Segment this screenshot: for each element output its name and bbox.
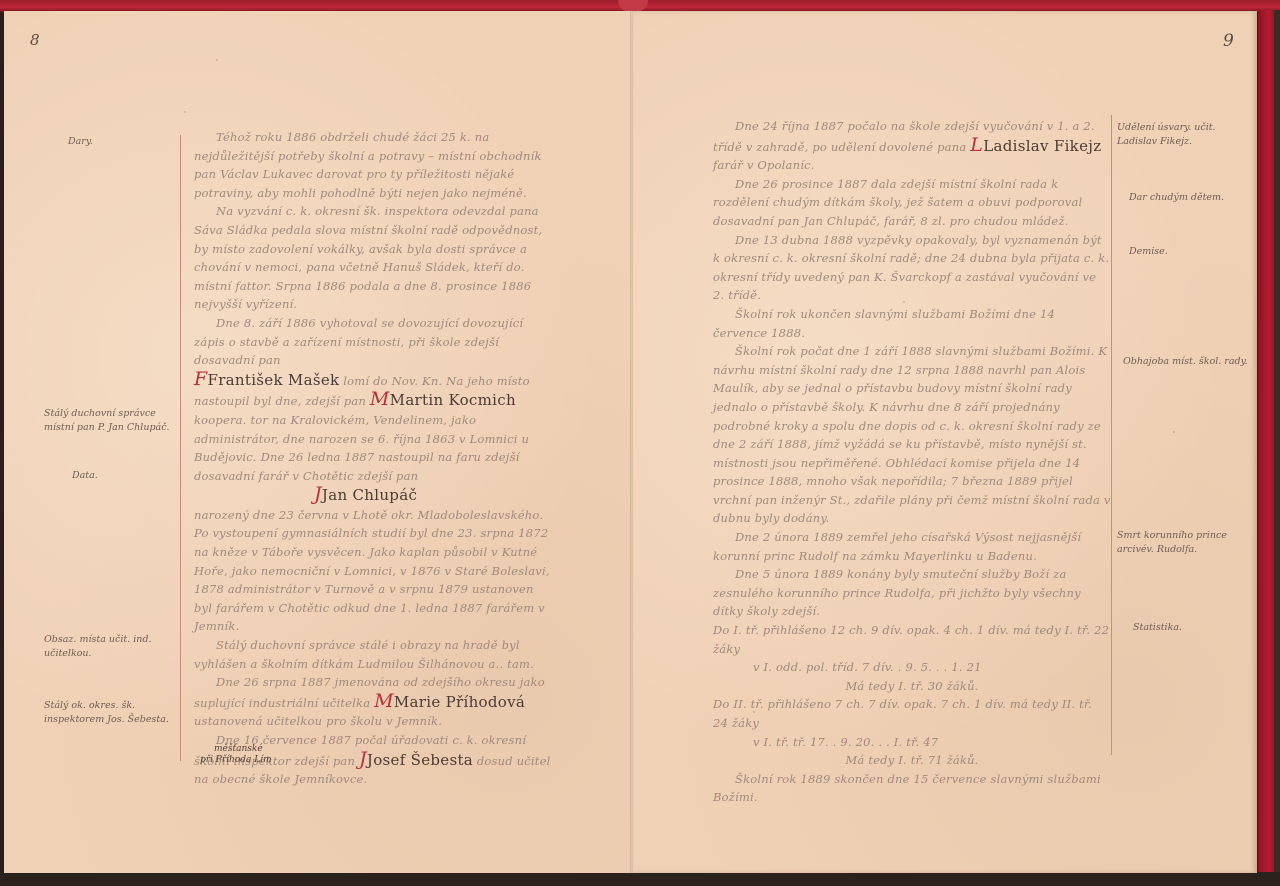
statistics-line: v I. tř. tř. 17. . 9. 20. . . I. tř. 47 <box>713 733 1111 752</box>
margin-note: Obsaz. místa učit. ind. učitelkou. <box>44 633 184 661</box>
chronicle-text-left: Téhož roku 1886 obdrželi chudé žáci 25 k… <box>194 128 554 789</box>
paragraph: Dne 2 února 1889 zemřel jeho císařská Vý… <box>713 528 1111 565</box>
paragraph: FFrantišek Mašek lomí do Nov. Kn. Na jeh… <box>194 370 554 411</box>
paragraph: JJan Chlupáč <box>194 485 554 506</box>
paragraph: Dne 26 srpna 1887 jmenována od zdejšího … <box>194 673 554 731</box>
margin-note: Dary. <box>68 135 208 149</box>
margin-note: Statistika. <box>1133 621 1263 635</box>
margin-rule-line <box>1111 115 1112 755</box>
margin-note: Demise. <box>1129 245 1259 259</box>
paragraph: Dne 13 dubna 1888 vyzpěvky opakovaly, by… <box>713 231 1111 305</box>
red-ink-name: FFrantišek Mašek <box>194 371 339 389</box>
red-ink-name: MMartin Kocmich <box>370 391 516 409</box>
statistics-line: Do II. tř. přihlášeno 7 ch. 7 dív. opak.… <box>713 695 1111 732</box>
margin-note: Stálý ok. okres. šk. inspektorem Jos. Še… <box>44 699 184 727</box>
margin-note: Data. <box>72 469 212 483</box>
margin-note: Smrt korunního prince arcivév. Rudolfa. <box>1117 529 1247 557</box>
paragraph: Stálý duchovní správce stálé i obrazy na… <box>194 636 554 673</box>
page-number-left: 8 <box>30 31 40 49</box>
paragraph: Na vyzvání c. k. okresní šk. inspektora … <box>194 202 554 314</box>
margin-note: Obhajoba míst. škol. rady. <box>1123 355 1253 369</box>
statistics-line: Do I. tř. přihlášeno 12 ch. 9 dív. opak.… <box>713 621 1111 658</box>
paragraph: koopera. tor na Kralovickém, Vendelinem,… <box>194 411 554 485</box>
margin-note: Dar chudým dětem. <box>1129 191 1259 205</box>
chronicle-text-right: Dne 24 října 1887 počalo na škole zdejší… <box>713 117 1111 807</box>
statistics-total: Má tedy I. tř. 30 žáků. <box>713 677 1111 696</box>
paragraph: Dne 5 února 1889 konány byly smuteční sl… <box>713 565 1111 621</box>
paragraph: Školní rok ukončen slavnými službami Bož… <box>713 305 1111 342</box>
paragraph: Téhož roku 1886 obdrželi chudé žáci 25 k… <box>194 128 554 202</box>
margin-note: Udělení úsvary. učit. Ladislav Fikejz. <box>1117 121 1247 149</box>
paragraph: Školní rok 1889 skončen dne 15 července … <box>713 770 1111 807</box>
red-ink-name: MMarie Příhodová <box>374 693 525 711</box>
paragraph: Školní rok počat dne 1 září 1888 slavným… <box>713 342 1111 528</box>
red-ink-name: JJan Chlupáč <box>314 486 417 504</box>
statistics-total: Má tedy I. tř. 71 žáků. <box>713 751 1111 770</box>
book-cover-bottom-edge <box>0 872 1280 886</box>
paragraph: Dne 8. září 1886 vyhotoval se dovozující… <box>194 314 554 370</box>
page-number-right: 9 <box>1223 31 1234 51</box>
paragraph: Dne 24 října 1887 počalo na škole zdejší… <box>713 117 1111 175</box>
paragraph: Dne 26 prosince 1887 dala zdejší místní … <box>713 175 1111 231</box>
paragraph: narozený dne 23 června v Lhotě okr. Mlad… <box>194 506 554 636</box>
insertion-note: měšťanské při Příhoda Lím <box>200 744 272 766</box>
left-page: 8 Dary. Stálý duchovní správce místní pa… <box>4 11 633 873</box>
book-cover-right-edge <box>1258 10 1280 876</box>
margin-rule-line <box>180 135 181 761</box>
statistics-line: v I. odd. pol. tříd. 7 dív. . 9. 5. . . … <box>713 658 1111 677</box>
red-ink-name: JJosef Šebesta <box>359 751 473 769</box>
margin-note: Stálý duchovní správce místní pan P. Jan… <box>44 407 184 435</box>
right-page: 9 Udělení úsvary. učit. Ladislav Fikejz.… <box>633 11 1257 873</box>
red-ink-name: LLadislav Fikejz <box>970 137 1101 155</box>
